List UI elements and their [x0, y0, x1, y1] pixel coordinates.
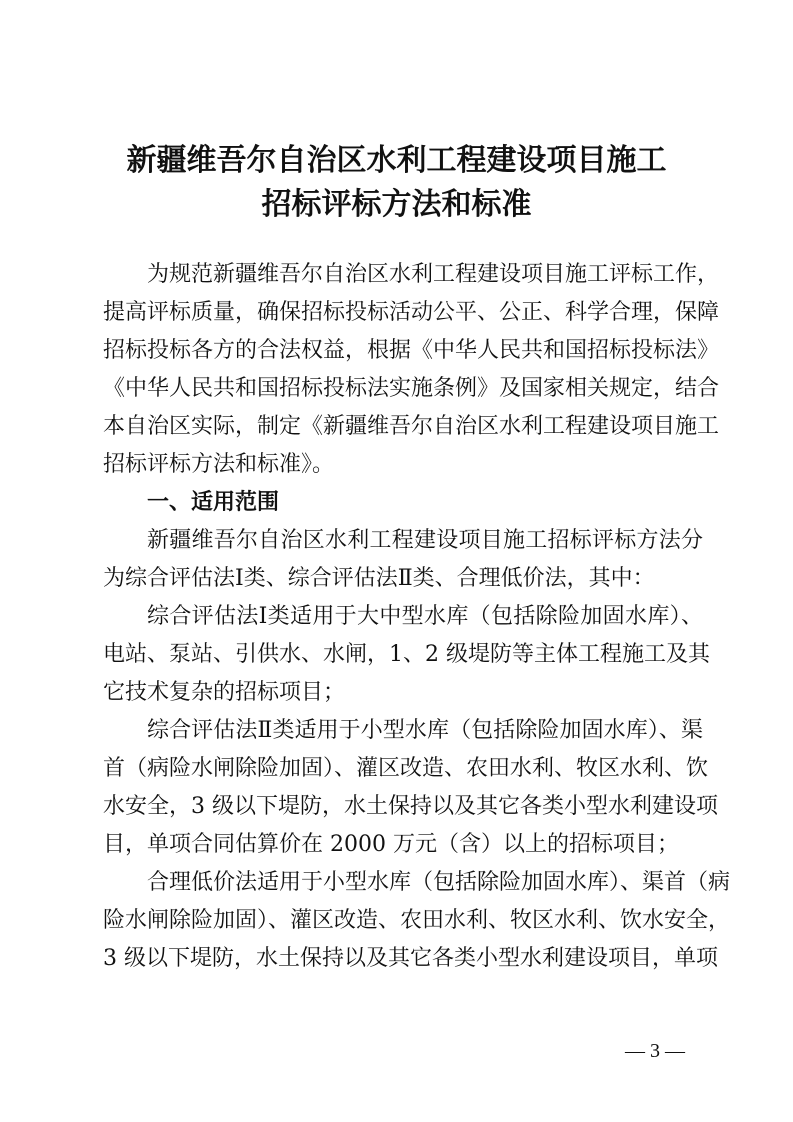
- intro-line: 为规范新疆维吾尔自治区水利工程建设项目施工评标工作，: [147, 256, 703, 294]
- paragraph-line: 综合评估法Ⅱ类适用于小型水库（包括除险加固水库）、渠: [147, 712, 703, 750]
- paragraph-line: 水安全，3 级以下堤防，水土保持以及其它各类小型水利建设项: [103, 788, 703, 826]
- document-page: 新疆维吾尔自治区水利工程建设项目施工 招标评标方法和标准 为规范新疆维吾尔自治区…: [0, 0, 793, 1122]
- paragraph-line: 险水闸除险加固）、灌区改造、农田水利、牧区水利、饮水安全，: [103, 902, 703, 940]
- paragraph-line: 它技术复杂的招标项目；: [103, 674, 703, 712]
- paragraph-line: 综合评估法Ⅰ类适用于大中型水库（包括除险加固水库）、: [147, 598, 703, 636]
- paragraph-line: 电站、泵站、引供水、水闸，1、2 级堤防等主体工程施工及其: [103, 636, 703, 674]
- paragraph-line: 首（病险水闸除险加固）、灌区改造、农田水利、牧区水利、饮: [103, 750, 703, 788]
- paragraph-line: 3 级以下堤防，水土保持以及其它各类小型水利建设项目，单项: [103, 940, 703, 978]
- intro-line: 本自治区实际，制定《新疆维吾尔自治区水利工程建设项目施工: [103, 408, 703, 446]
- intro-line: 招标投标各方的合法权益，根据《中华人民共和国招标投标法》: [103, 332, 703, 370]
- paragraph-line: 为综合评估法Ⅰ类、综合评估法Ⅱ类、合理低价法，其中：: [103, 560, 703, 598]
- section-heading: 一、适用范围: [147, 484, 703, 522]
- document-title-line-1: 新疆维吾尔自治区水利工程建设项目施工: [0, 139, 793, 183]
- page-number: — 3 —: [620, 1040, 690, 1063]
- intro-line: 招标评标方法和标准》。: [103, 446, 703, 484]
- intro-line: 《中华人民共和国招标投标法实施条例》及国家相关规定，结合: [103, 370, 703, 408]
- paragraph-line: 新疆维吾尔自治区水利工程建设项目施工招标评标方法分: [147, 522, 703, 560]
- paragraph-line: 目，单项合同估算价在 2000 万元（含）以上的招标项目；: [103, 826, 703, 864]
- document-title-line-2: 招标评标方法和标准: [0, 183, 793, 227]
- intro-line: 提高评标质量，确保招标投标活动公平、公正、科学合理，保障: [103, 294, 703, 332]
- paragraph-line: 合理低价法适用于小型水库（包括除险加固水库）、渠首（病: [147, 864, 703, 902]
